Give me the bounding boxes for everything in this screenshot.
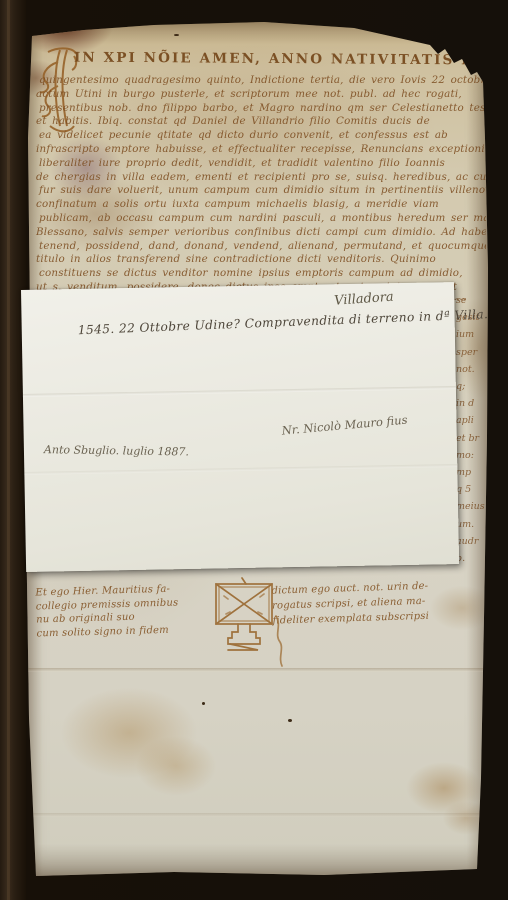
- manuscript-line: liberaliter iure proprio dedit, vendidit…: [36, 157, 486, 171]
- archive-note-slip: Villadora 1545. 22 Ottobre Udine? Compra…: [21, 282, 459, 572]
- margin-fragment: mp: [456, 464, 490, 481]
- margin-fragment: sper: [456, 344, 490, 361]
- margin-fragment: in d: [456, 395, 490, 412]
- manuscript-line: Blessano, salvis semper verioribus confi…: [36, 226, 486, 240]
- manuscript-line: confinatum a solis ortu iuxta campum mic…: [36, 198, 486, 212]
- photograph-of-document: IN XPI NÕIE AMEN, ANNO NATIVITATIS EIVSD…: [0, 0, 508, 900]
- manuscript-line: tenend, possidend, dand, donand, vendend…: [36, 240, 486, 254]
- manuscript-line: quingentesimo quadragesimo quinto, Indic…: [36, 74, 486, 88]
- ink-speck: [174, 34, 179, 36]
- attestation-right-block: dictum ego auct. not. urin de-rogatus sc…: [271, 576, 504, 629]
- note-crease: [23, 386, 456, 397]
- fold-line: [24, 813, 490, 817]
- manuscript-line: infrascripto emptore habuisse, et effect…: [36, 143, 486, 157]
- attestation-left-block: Et ego Hier. Mauritius fa-collegio premi…: [35, 582, 212, 641]
- manuscript-line: fur suis dare voluerit, unum campum cum …: [36, 184, 486, 198]
- margin-fragment: ium: [456, 326, 490, 343]
- note-verifier-line: Anto Sbuglio. luglio 1887.: [44, 443, 189, 458]
- note-crease: [24, 464, 457, 475]
- margin-fragment: audr: [456, 533, 490, 550]
- manuscript-heading: IN XPI NÕIE AMEN, ANNO NATIVITATIS EIVSD…: [74, 50, 482, 69]
- manuscript-body: quingentesimo quadragesimo quinto, Indic…: [36, 74, 486, 300]
- ink-speck: [202, 702, 205, 705]
- notary-signum-icon: [206, 576, 298, 676]
- margin-fragment: q;: [456, 378, 490, 395]
- margin-fragment: b.: [456, 550, 490, 567]
- margin-fragment: apli: [456, 412, 490, 429]
- ink-speck: [288, 719, 292, 722]
- manuscript-line: ea videlicet pecunie qtitate qd dicto du…: [36, 129, 486, 143]
- margin-fragment: mo:: [456, 447, 490, 464]
- margin-fragment: meius: [456, 498, 490, 515]
- book-spine-edge: [0, 0, 26, 900]
- manuscript-margin-fragments: segesitiumspernot.q;in dapliet brmo:mpq …: [456, 292, 490, 568]
- margin-fragment: um.: [456, 516, 490, 533]
- note-place-title: Villadora: [334, 290, 394, 309]
- margin-fragment: not.: [456, 361, 490, 378]
- manuscript-line: presentibus nob. dno filippo barbo, et M…: [36, 102, 486, 116]
- manuscript-line: titulo in alios transferend sine contrad…: [36, 253, 486, 267]
- manuscript-line: actum Utini in burgo pusterle, et script…: [36, 88, 486, 102]
- manuscript-line: publicam, ab occasu campum cum nardini p…: [36, 212, 486, 226]
- note-regesto-line: 1545. 22 Ottobre Udine? Compravendita di…: [78, 307, 489, 337]
- manuscript-line: de chergias in villa eadem, ementi et re…: [36, 171, 486, 185]
- manuscript-line: constituens se dictus venditor nomine ip…: [36, 267, 486, 281]
- margin-fragment: q 5: [456, 481, 490, 498]
- manuscript-line: et habitis. Ibiq. constat qd Daniel de V…: [36, 115, 486, 129]
- spine-ridge: [7, 0, 10, 900]
- note-notary-line: Nr. Nicolò Mauro fius: [281, 413, 408, 438]
- margin-fragment: et br: [456, 430, 490, 447]
